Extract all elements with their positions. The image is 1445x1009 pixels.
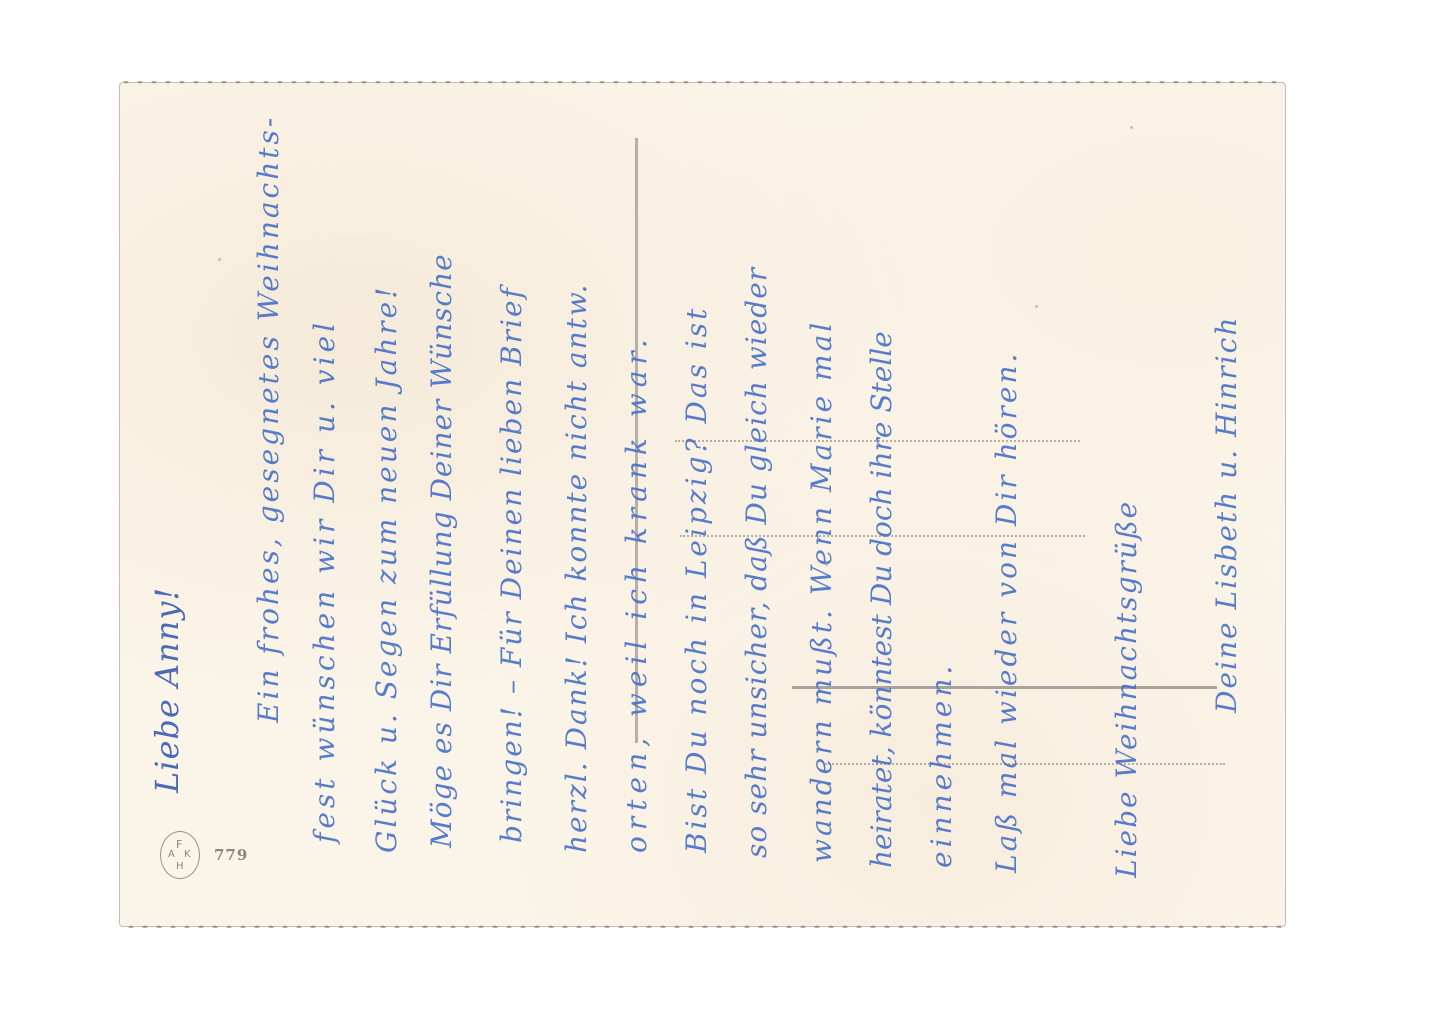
logo-letter: A <box>168 849 175 860</box>
card-number: 779 <box>214 846 248 864</box>
message-line: Möge es Dir Erfüllung Deiner Wünsche <box>425 253 458 848</box>
postcard: A F K H 779 Liebe Anny! Ein frohes, gese… <box>120 83 1285 926</box>
message-line: so sehr unsicher, daß Du gleich wieder <box>740 267 773 858</box>
paper-speck <box>1130 126 1133 129</box>
message-line: Bist Du noch in Leipzig? Das ist <box>680 306 713 853</box>
logo-letter: F <box>176 838 182 851</box>
paper-speck <box>1035 305 1038 308</box>
message-line: orten, weil ich krank war. <box>620 333 653 853</box>
logo-letter: K <box>184 849 191 860</box>
message-line: Glück u. Segen zum neuen Jahre! <box>370 285 403 853</box>
message-line: einnehmen. <box>925 662 958 868</box>
message-line: herzl. Dank! Ich konnte nicht antw. <box>560 283 593 853</box>
publisher-logo-icon: A F K H <box>160 831 200 879</box>
signature: Deine Lisbeth u. Hinrich <box>1210 316 1243 713</box>
closing: Liebe Weihnachtsgrüße <box>1110 500 1143 878</box>
scan-background: A F K H 779 Liebe Anny! Ein frohes, gese… <box>0 0 1445 1009</box>
paper-speck <box>825 563 828 566</box>
message-line: fest wünschen wir Dir u. viel <box>308 319 341 843</box>
publisher-mark: A F K H 779 <box>160 831 248 879</box>
message-line: Laß mal wieder von Dir hören. <box>990 351 1023 873</box>
salutation: Liebe Anny! <box>148 587 186 793</box>
paper-speck <box>218 258 221 261</box>
message-line: bringen! – Für Deinen lieben Brief <box>495 286 528 843</box>
message-line: Ein frohes, gesegnetes Weihnachts- <box>252 115 285 723</box>
message-line: wandern mußt. Wenn Marie mal <box>805 320 838 863</box>
message-line: heiratet, könntest Du doch ihre Stelle <box>865 331 898 868</box>
logo-letter: H <box>176 861 184 872</box>
